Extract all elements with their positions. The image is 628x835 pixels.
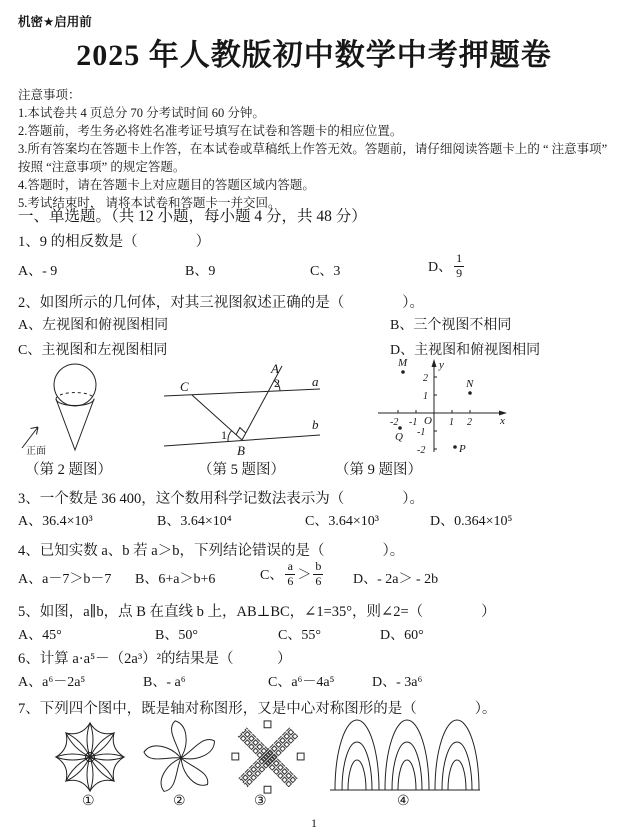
q6-option-c: C、a⁶－4a⁵ [268, 671, 335, 691]
y-axis-label: y [438, 359, 444, 371]
circled-number-1: ① [82, 793, 95, 810]
notes-item: 3.所有答案均在答题卡上作答，在本试卷或草稿纸上作答无效。答题前，请仔细阅读答题… [18, 140, 614, 176]
notes-item: 1.本试卷共 4 页总分 70 分考试时间 60 分钟。 [18, 104, 614, 122]
q5-option-a: A、45° [18, 624, 62, 644]
fraction-numerator: b [313, 560, 323, 574]
q1-option-d-label: D、 [428, 256, 452, 276]
q4-option-d: D、- 2a＞ - 2b [353, 568, 438, 588]
question-6-stem: 6、计算 a·a⁵－（2a³）²的结果是（ ） [18, 647, 292, 668]
fraction: a 6 [285, 560, 295, 589]
circled-number-3: ③ [254, 793, 267, 810]
point-A-label: A [270, 362, 279, 376]
x-diagonal-bars [238, 727, 299, 787]
point-M-label: M [397, 357, 408, 369]
fraction: 1 9 [454, 252, 464, 281]
point-B-label: B [237, 443, 245, 457]
point-Q-label: Q [395, 431, 403, 443]
question-3-options: A、36.4×10³ B、3.64×10⁴ C、3.64×10³ D、0.364… [0, 510, 628, 534]
right-angle-mark [236, 428, 246, 435]
question-6-options: A、a⁶－2a⁵ B、- a⁶ C、a⁶－4a⁵ D、- 3a⁶ [0, 671, 628, 695]
q6-option-a: A、a⁶－2a⁵ [18, 671, 85, 691]
q2-option-a: A、左视图和俯视图相同 [18, 314, 168, 334]
section-heading: 一、单选题。（共 12 小题，每小题 4 分，共 48 分） [18, 204, 367, 226]
segment-CB [192, 395, 242, 440]
point-P [453, 445, 457, 449]
exam-page: 机密★启用前 2025 年人教版初中数学中考押题卷 注意事项： 1.本试卷共 4… [0, 0, 628, 835]
circled-number-4: ④ [397, 793, 410, 810]
y-axis-arrow [432, 359, 437, 367]
flower-pattern-figure [48, 717, 132, 795]
arch-group [335, 720, 379, 790]
point-M [401, 370, 405, 374]
arches-pattern-figure [330, 714, 480, 794]
question-1-stem: 1、9 的相反数是（ ） [18, 230, 210, 251]
arch-group [435, 720, 479, 790]
question-2-options-row1: A、左视图和俯视图相同 B、三个视图不相同 [0, 314, 628, 338]
x-tick-label: 2 [467, 417, 472, 428]
q4-option-c-label: C、 [260, 564, 283, 584]
fraction: b 6 [313, 560, 323, 589]
cone-rim-back [56, 393, 94, 399]
figure-9-caption: （第 9 题图） [335, 458, 422, 479]
q1-option-a: A、- 9 [18, 260, 57, 280]
line-b-label: b [312, 417, 319, 432]
y-tick-label: -2 [417, 445, 425, 456]
q1-option-b: B、9 [185, 260, 215, 280]
question-5-options: A、45° B、50° C、55° D、60° [0, 624, 628, 648]
notes-item: 4.答题时，请在答题卡上对应题目的答题区域内答题。 [18, 176, 614, 194]
q4-option-c-inequality: ＞ [297, 564, 311, 584]
q3-option-c: C、3.64×10³ [305, 510, 379, 530]
q3-option-d: D、0.364×10⁵ [430, 510, 512, 530]
q1-option-c: C、3 [310, 260, 340, 280]
q2-option-b: B、三个视图不相同 [390, 314, 511, 334]
q4-option-b: B、6+a＞b+6 [135, 568, 215, 588]
q5-option-b: B、50° [155, 624, 198, 644]
fraction-denominator: 9 [454, 266, 464, 281]
angle-2-label: 2 [274, 376, 280, 390]
question-3-stem: 3、一个数是 36 400，这个数用科学记数法表示为（ ）。 [18, 487, 424, 508]
cone-sides [56, 399, 94, 450]
origin-label: O [424, 415, 432, 427]
q4-option-a: A、a－7＞b－7 [18, 568, 111, 588]
fraction-denominator: 6 [285, 574, 295, 589]
question-2-options-row2: C、主视图和左视图相同 D、主视图和俯视图相同 [0, 339, 628, 363]
arch-group [385, 720, 429, 790]
page-number: 1 [0, 816, 628, 831]
figure-5-caption: （第 5 题图） [198, 458, 285, 479]
pinwheel-petals [143, 721, 218, 794]
y-tick-label: 1 [423, 391, 428, 402]
question-1-options: A、- 9 B、9 C、3 D、 1 9 [0, 250, 628, 286]
q5-option-c: C、55° [278, 624, 321, 644]
x-squares-pattern-figure [228, 718, 308, 796]
point-C-label: C [180, 379, 189, 394]
front-view-arrow [22, 427, 38, 448]
line-a-label: a [312, 374, 319, 389]
parallel-lines-figure: C A a b B 1 2 [162, 362, 322, 457]
circled-number-2: ② [173, 793, 186, 810]
notes-item: 2.答题前，考生务必将姓名准考证号填写在试卷和答题卡的相应位置。 [18, 122, 614, 140]
q3-option-a: A、36.4×10³ [18, 510, 93, 530]
front-view-label: 正面 [26, 445, 46, 455]
point-P-label: P [458, 443, 466, 455]
x-tick-label: 1 [449, 417, 454, 428]
q5-option-d: D、60° [380, 624, 424, 644]
figure-2-caption: （第 2 题图） [25, 458, 112, 479]
q1-option-d: D、 1 9 [428, 252, 464, 281]
fraction-numerator: a [286, 560, 295, 574]
q3-option-b: B、3.64×10⁴ [157, 510, 232, 530]
point-N [468, 391, 472, 395]
angle-1-arc [228, 431, 232, 441]
cone-sphere-figure: 正面 [15, 362, 140, 455]
question-7-figure-labels: ① ② ③ ④ [0, 793, 628, 817]
x-tick-label: -2 [390, 417, 398, 428]
question-2-stem: 2、如图所示的几何体，对其三视图叙述正确的是（ ）。 [18, 291, 424, 312]
confidential-label: 机密★启用前 [18, 12, 92, 30]
q2-option-c: C、主视图和左视图相同 [18, 339, 167, 359]
point-N-label: N [465, 378, 474, 390]
question-5-stem: 5、如图，a∥b，点 B 在直线 b 上，AB⊥BC，∠1=35°，则∠2=（ … [18, 600, 496, 621]
q4-option-c: C、 a 6 ＞ b 6 [260, 560, 323, 589]
cone-rim-front [56, 399, 94, 405]
page-title: 2025 年人教版初中数学中考押题卷 [0, 30, 628, 74]
q6-option-b: B、- a⁶ [143, 671, 186, 691]
pinwheel-pattern-figure [136, 717, 226, 795]
coordinate-plane-figure: -2 -1 1 2 2 1 -1 -2 O x y M N Q P [372, 355, 512, 457]
question-4-options: A、a－7＞b－7 B、6+a＞b+6 C、 a 6 ＞ b 6 D、- 2a＞… [0, 556, 628, 594]
fraction-denominator: 6 [313, 574, 323, 589]
fraction-numerator: 1 [454, 252, 464, 266]
point-Q [398, 426, 402, 430]
notes-heading: 注意事项： [18, 86, 614, 104]
x-axis-label: x [499, 415, 505, 427]
sphere-outline [54, 364, 96, 406]
y-tick-label: -1 [417, 427, 425, 438]
q6-option-d: D、- 3a⁶ [372, 671, 422, 691]
y-tick-label: 2 [423, 373, 428, 384]
exam-notes: 注意事项： 1.本试卷共 4 页总分 70 分考试时间 60 分钟。 2.答题前… [18, 86, 614, 212]
angle-1-label: 1 [221, 428, 227, 442]
